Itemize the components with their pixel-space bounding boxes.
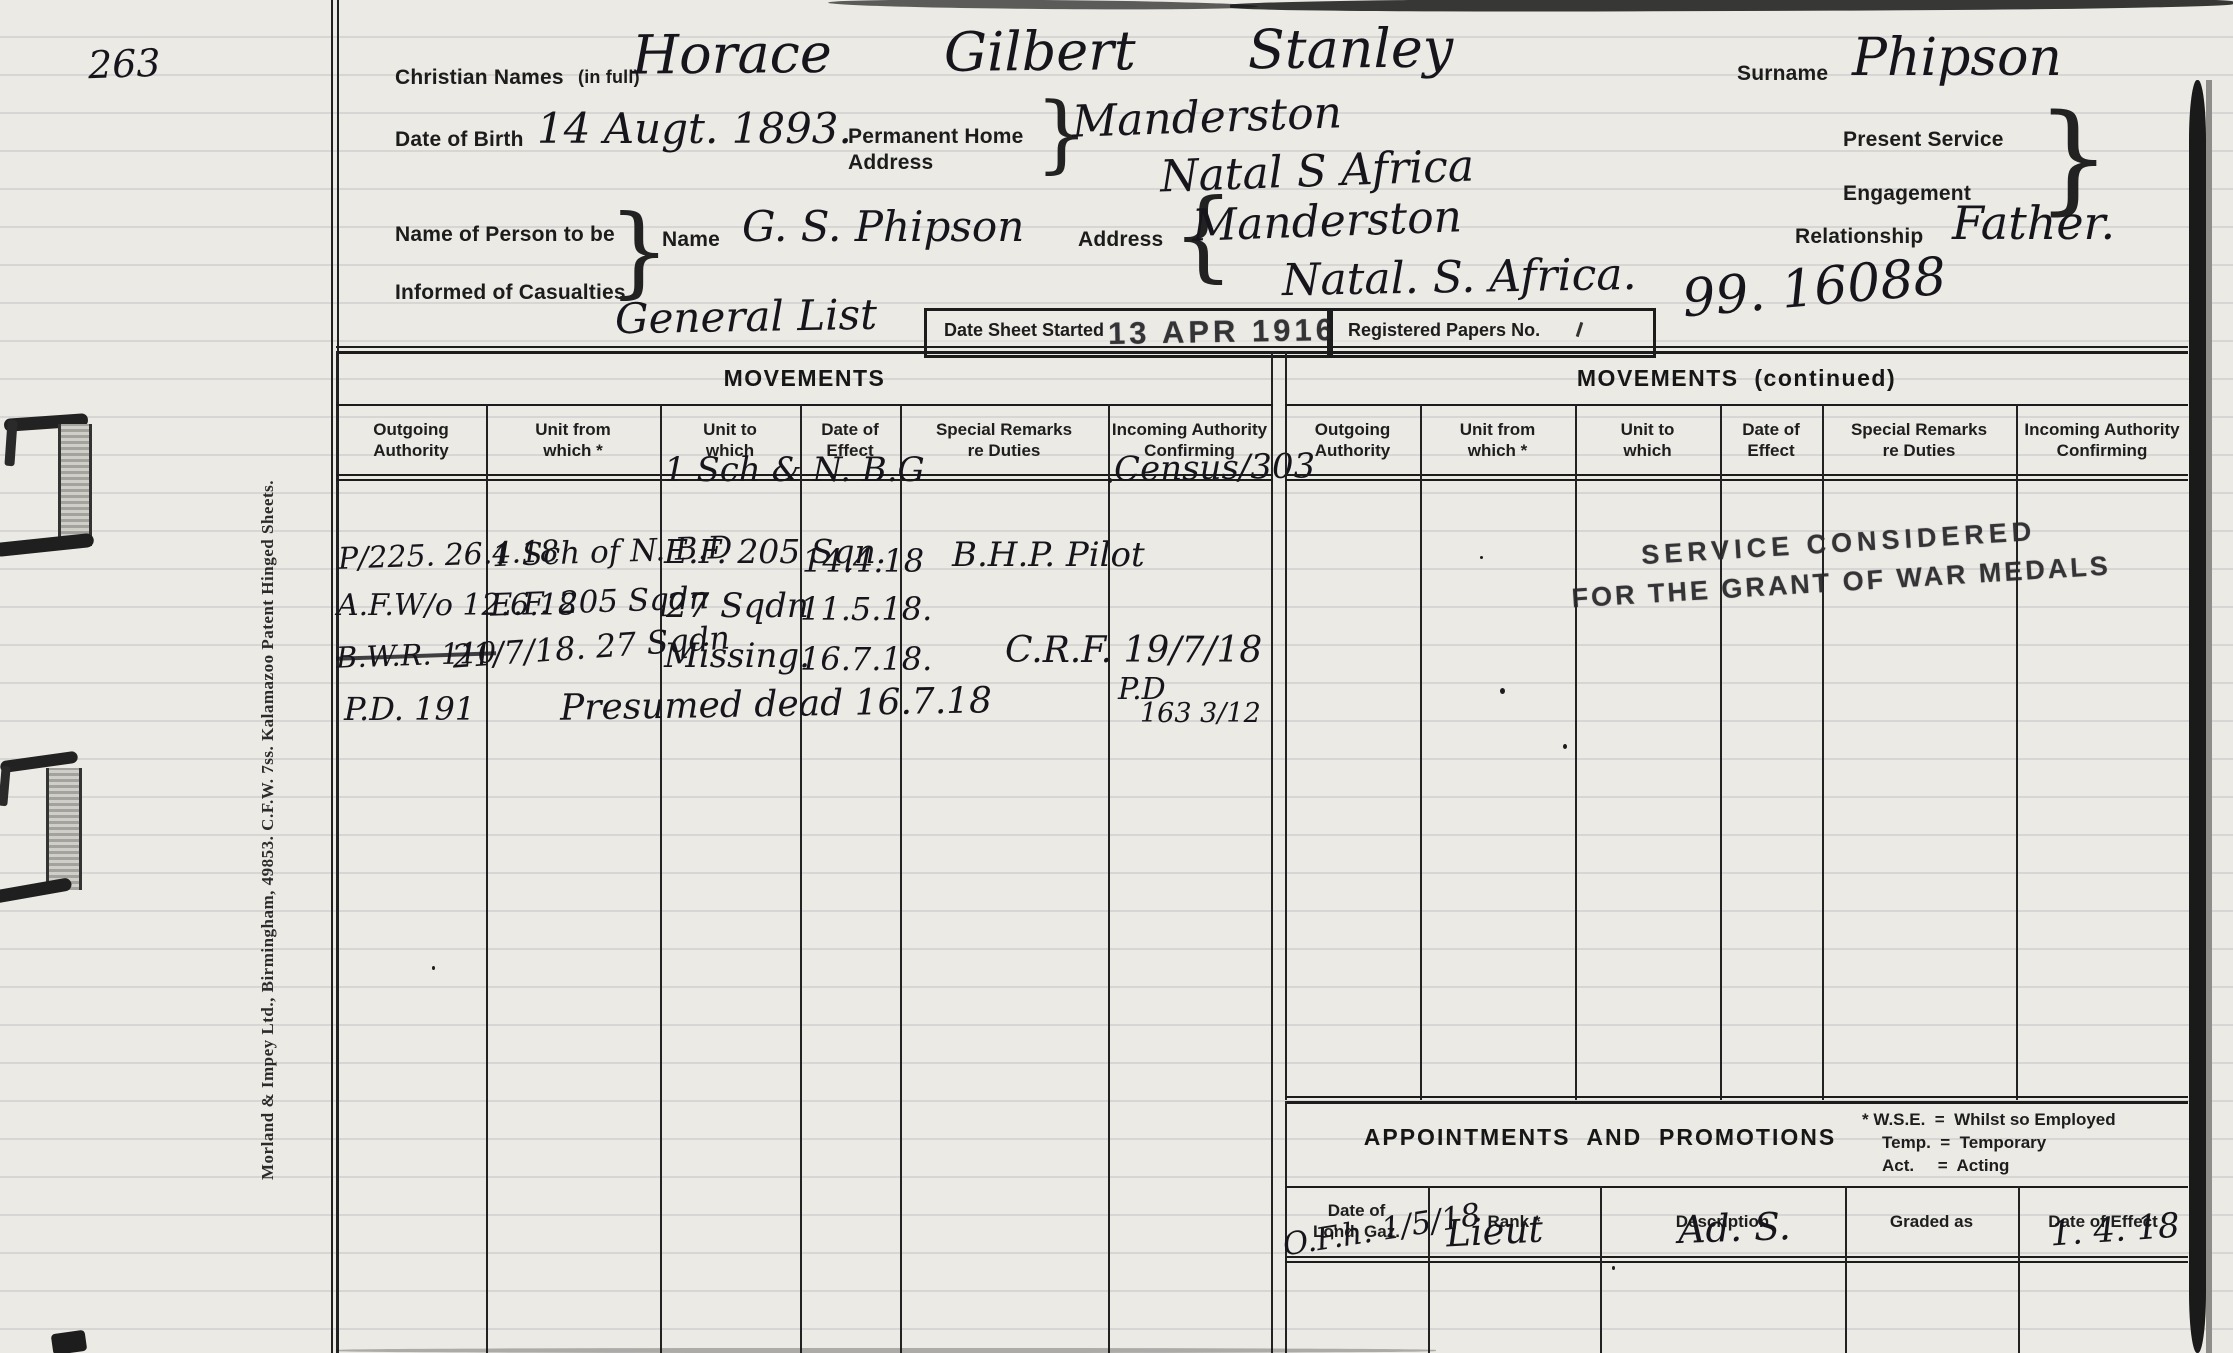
present-service-label: Present Service xyxy=(1843,128,2004,151)
appt-top-rule-1 xyxy=(1285,1096,2188,1098)
person-informed-label-line2: Informed of Casualties xyxy=(395,281,626,304)
binding-mark-bottom xyxy=(51,1330,88,1353)
mov-entry-r5-remarks: Presumed dead 16.7.18 xyxy=(560,680,993,729)
address-label: Address xyxy=(1078,228,1163,251)
christian-names-label: Christian Names xyxy=(395,66,564,89)
movc-col-date: Date ofEffect xyxy=(1720,406,1822,474)
ink-speck xyxy=(1480,556,1483,559)
appt-head-rule-1 xyxy=(1285,1256,2188,1258)
mov-entry-r4-date: 16.7.18. xyxy=(800,640,932,678)
appt-entry-description: Ad. S. xyxy=(1677,1204,1791,1252)
mov-col-outgoing: OutgoingAuthority xyxy=(336,406,486,474)
appointments-footnote-line2: Temp. = Temporary xyxy=(1882,1131,2046,1154)
name-value: G. S. Phipson xyxy=(742,202,1024,251)
margin-rule-outer xyxy=(331,0,333,1353)
registered-papers-value: 99. 16088 xyxy=(1680,247,1949,330)
scan-smudge-top-right xyxy=(1230,0,2233,13)
scan-smudge-bottom xyxy=(336,1348,1436,1353)
mov-entry-r3-unit-to: 27 Sqdn xyxy=(666,586,809,626)
mov-entry-r4-unit-to: Missing. xyxy=(664,636,810,676)
ink-speck xyxy=(432,966,435,970)
appointments-footnote-line1: * W.S.E. = Whilst so Employed xyxy=(1862,1108,2116,1131)
mov-entry-r5-incoming-line2: 163 3/12 xyxy=(1140,698,1261,729)
appointments-footnote-line3: Act. = Acting xyxy=(1882,1154,2009,1177)
service-engagement-brace: } xyxy=(2036,104,2111,210)
informed-address-value-line1: Manderston xyxy=(1191,191,1463,251)
movc-col-remarks: Special Remarksre Duties xyxy=(1822,406,2016,474)
tables-top-rule-2 xyxy=(336,351,2188,354)
mov-entry-r5-outgoing: P.D. 191 xyxy=(344,690,475,728)
ink-speck xyxy=(1500,688,1505,694)
relationship-value: Father. xyxy=(1952,196,2115,250)
appt-head-rule-2 xyxy=(1285,1261,2188,1263)
surname-value: Phipson xyxy=(1852,28,2062,88)
appt-top-rule-2 xyxy=(1285,1101,2188,1104)
service-record-sheet: 263 Morland & Impey Ltd., Birmingham, 49… xyxy=(0,0,2233,1353)
war-medals-stamp: SERVICE CONSIDERED FOR THE GRANT OF WAR … xyxy=(1558,511,2121,615)
movc-col-unit-from: Unit fromwhich * xyxy=(1420,406,1575,474)
person-informed-brace: } xyxy=(608,208,670,296)
appt-entry-rank: Lieut xyxy=(1445,1207,1544,1255)
ink-speck xyxy=(1612,1266,1615,1270)
relationship-label: Relationship xyxy=(1795,225,1923,248)
general-list-value: General List xyxy=(615,290,878,344)
mov-entry-r2-remarks: B.H.P. Pilot xyxy=(952,535,1145,575)
printer-imprint: Morland & Impey Ltd., Birmingham, 49853.… xyxy=(258,420,278,1180)
movc-col-outgoing: OutgoingAuthority xyxy=(1285,406,1420,474)
christian-names-value: Horace Gilbert Stanley xyxy=(632,16,1454,86)
date-sheet-started-label: Date Sheet Started xyxy=(944,320,1104,341)
page-edge-shadow xyxy=(2189,80,2206,1353)
page-edge-highlight xyxy=(2206,80,2212,1353)
permanent-home-value-line1: Manderston xyxy=(1071,87,1343,147)
permanent-home-label-line2: Address xyxy=(848,151,933,174)
movements-continued-title: MOVEMENTS (continued) xyxy=(1285,365,2188,392)
mov-entry-r3-date: 11.5.18. xyxy=(800,590,932,628)
mov-entry-r1-unit-to: 1 Sch & N. B.G xyxy=(664,450,925,490)
movements-title: MOVEMENTS xyxy=(336,365,1273,392)
name-label: Name xyxy=(662,228,720,251)
mov-col-unit-from: Unit fromwhich * xyxy=(486,406,660,474)
page-number: 263 xyxy=(87,41,161,88)
mov-entry-r4-remarks: C.R.F. 19/7/18 xyxy=(1005,630,1262,671)
mov-entry-r2-date: 14.4.18 xyxy=(802,542,924,580)
ink-speck xyxy=(1108,478,1112,483)
christian-names-infull-label: (in full) xyxy=(578,68,640,88)
mov-col-remarks: Special Remarksre Duties xyxy=(900,406,1108,474)
mov-left-border-r xyxy=(1271,351,1273,1353)
permanent-home-label-line1: Permanent Home xyxy=(848,125,1024,148)
tables-top-rule-1 xyxy=(336,346,2188,348)
surname-label: Surname xyxy=(1737,62,1828,85)
scan-smudge-top-left xyxy=(828,0,1258,11)
movc-col-incoming: Incoming AuthorityConfirming xyxy=(2016,406,2188,474)
movc-col-unit-to: Unit towhich xyxy=(1575,406,1720,474)
informed-address-value-line2: Natal. S. Africa. xyxy=(1282,249,1637,306)
appt-col-graded-as: Graded as xyxy=(1845,1188,2018,1254)
mov-left-border-l xyxy=(336,351,338,1353)
person-informed-label-line1: Name of Person to be xyxy=(395,223,615,246)
date-of-birth-label: Date of Birth xyxy=(395,128,524,151)
appointments-title: APPOINTMENTS AND PROMOTIONS xyxy=(1320,1124,1880,1151)
ink-speck xyxy=(1563,744,1567,749)
registered-papers-label: Registered Papers No. xyxy=(1348,320,1540,341)
date-of-birth-value: 14 Augt. 1893. xyxy=(537,104,852,153)
